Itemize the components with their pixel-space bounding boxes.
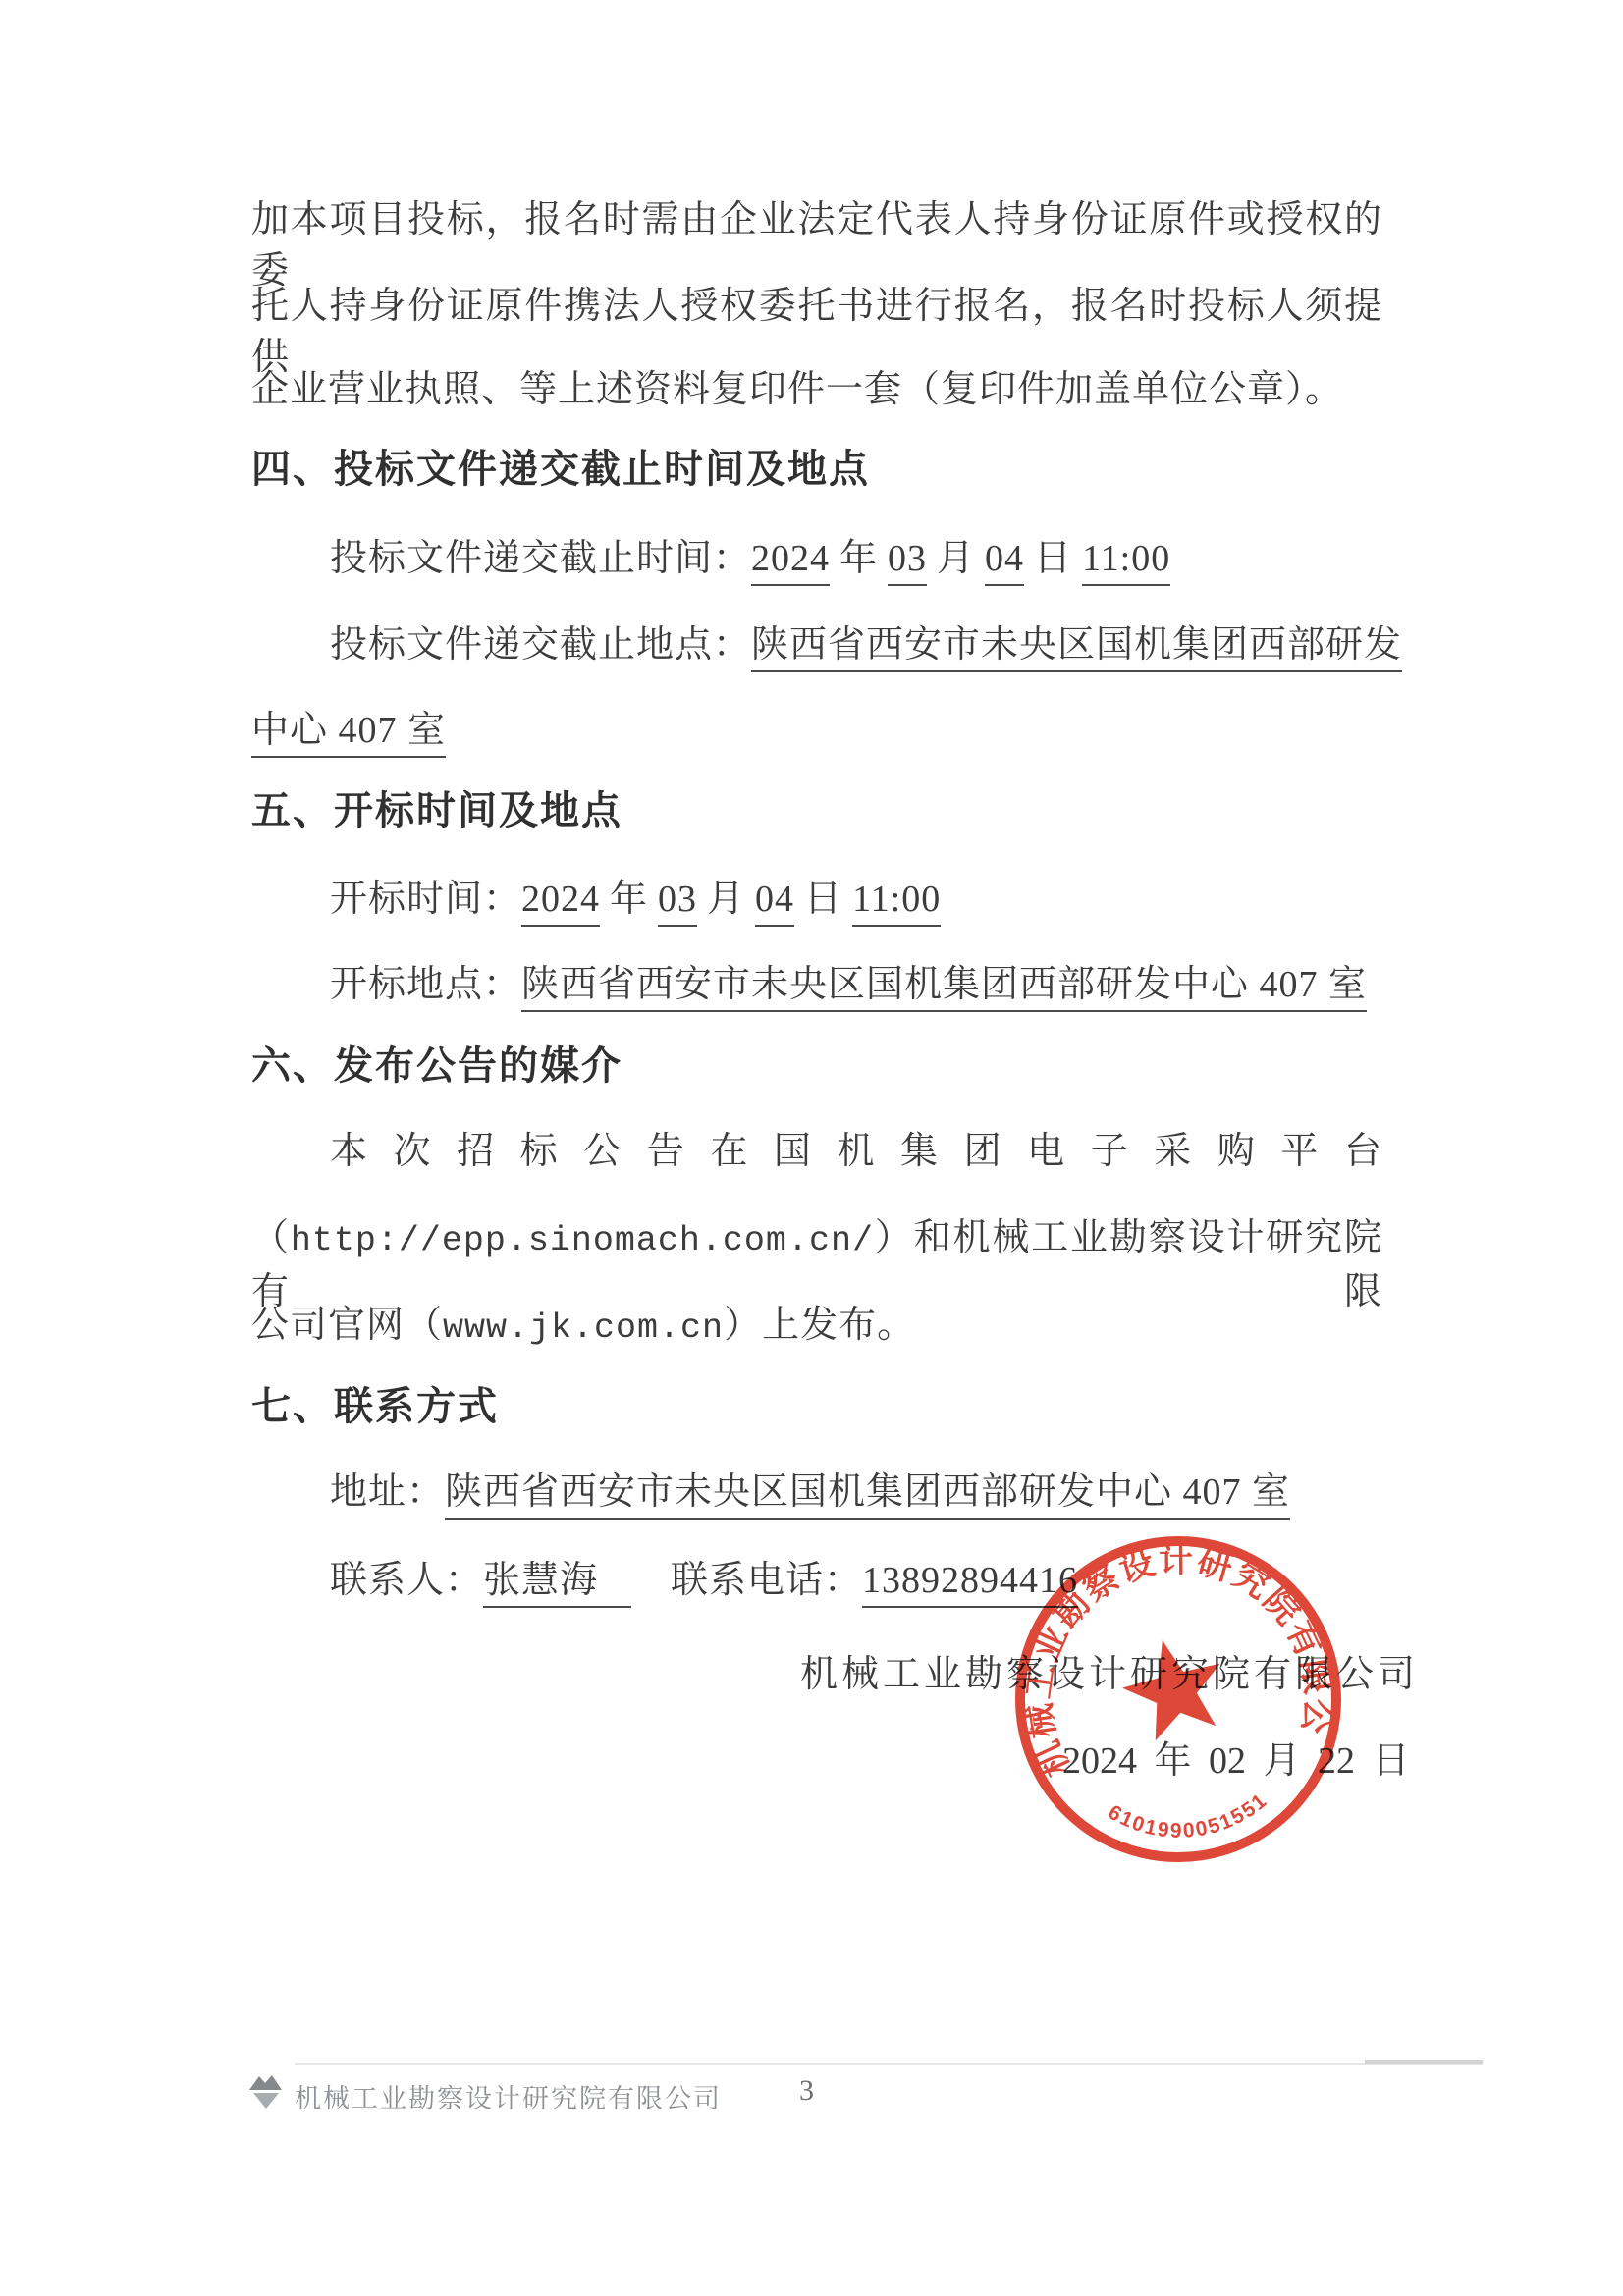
opening-place-label: 开标地点： xyxy=(330,964,521,1005)
section6-heading: 六、发布公告的媒介 xyxy=(251,1041,622,1091)
address-value: 陕西省西安市未央区国机集团西部研发中心 407 室 xyxy=(445,1471,1290,1520)
contact-label: 联系人： xyxy=(330,1560,483,1601)
seal-star-icon xyxy=(1113,1629,1234,1746)
page-number: 3 xyxy=(799,2074,814,2108)
bid-deadline-line: 投标文件递交截止时间：2024年03月04日11:00 xyxy=(251,533,1382,584)
day-unit: 日 xyxy=(804,879,842,920)
month-unit: 月 xyxy=(937,538,975,579)
opening-day-value: 04 xyxy=(755,879,794,927)
bid-place-value-part2: 中心 407 室 xyxy=(251,710,446,758)
bid-place-line-2: 中心 407 室 xyxy=(251,705,1382,756)
bid-deadline-month-value: 03 xyxy=(888,538,927,586)
scan-artifact-mark xyxy=(1365,2060,1483,2064)
day-unit: 日 xyxy=(1034,538,1072,579)
footer-company-name: 机械工业勘察设计研究院有限公司 xyxy=(295,2077,722,2115)
scan-artifact-line xyxy=(295,2063,1483,2065)
bid-deadline-label: 投标文件递交截止时间： xyxy=(330,538,751,579)
company-seal: 机械工业勘察设计研究院有限公司 6101990051551 xyxy=(996,1517,1361,1882)
bid-place-line: 投标文件递交截止地点：陕西省西安市未央区国机集团西部研发 xyxy=(251,619,1382,670)
section4-heading: 四、投标文件递交截止时间及地点 xyxy=(251,445,870,494)
bid-place-value-part1: 陕西省西安市未央区国机集团西部研发 xyxy=(751,624,1402,672)
bid-deadline-day-value: 04 xyxy=(985,538,1024,586)
year-unit: 年 xyxy=(610,879,648,920)
document-page: 加本项目投标，报名时需由企业法定代表人持身份证原件或授权的委 托人持身份证原件携… xyxy=(0,0,1623,2296)
company-website-url: www.jk.com.cn xyxy=(443,1308,724,1348)
address-line: 地址：陕西省西安市未央区国机集团西部研发中心 407 室 xyxy=(251,1467,1382,1518)
opening-month-value: 03 xyxy=(658,879,697,927)
section5-heading: 五、开标时间及地点 xyxy=(251,786,622,835)
media-paragraph-line-1: 本次招标公告在国机集团电子采购平台 xyxy=(251,1126,1382,1177)
opening-time-label: 开标时间： xyxy=(330,879,521,920)
address-label: 地址： xyxy=(330,1471,445,1513)
month-unit: 月 xyxy=(707,879,745,920)
bid-deadline-time-value: 11:00 xyxy=(1082,538,1170,586)
contact-name-value: 张慧海 xyxy=(483,1560,631,1608)
opening-year-value: 2024 xyxy=(521,879,600,927)
opening-time-value: 11:00 xyxy=(852,879,941,927)
phone-label: 联系电话： xyxy=(671,1560,862,1601)
intro-paragraph-line-3: 企业营业执照、等上述资料复印件一套（复印件加盖单位公章）。 xyxy=(251,364,1382,415)
bid-place-label: 投标文件递交截止地点： xyxy=(330,624,751,666)
media-paragraph-line-3-post: ）上发布。 xyxy=(724,1305,915,1346)
opening-time-line: 开标时间：2024年03月04日11:00 xyxy=(251,874,1382,925)
procurement-platform-url: http://epp.sinomach.com.cn/ xyxy=(291,1221,874,1260)
open-paren: （ xyxy=(251,1217,291,1258)
bid-deadline-year-value: 2024 xyxy=(751,538,830,586)
company-logo-icon xyxy=(245,2073,287,2110)
media-paragraph-line-3-pre: 公司官网（ xyxy=(251,1305,443,1346)
opening-place-line: 开标地点：陕西省西安市未央区国机集团西部研发中心 407 室 xyxy=(251,959,1382,1010)
opening-place-value: 陕西省西安市未央区国机集团西部研发中心 407 室 xyxy=(521,964,1367,1012)
section7-heading: 七、联系方式 xyxy=(251,1382,499,1431)
media-paragraph-line-3: 公司官网（www.jk.com.cn）上发布。 xyxy=(251,1300,1382,1354)
year-unit: 年 xyxy=(839,538,878,579)
